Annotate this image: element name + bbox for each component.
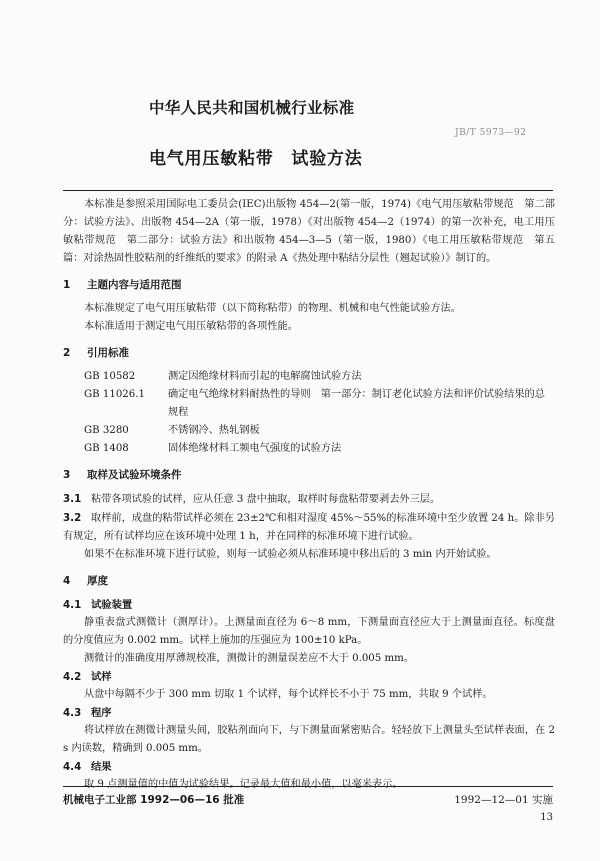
section-2-heading: 2引用标准 <box>63 344 555 362</box>
clause-3-note: 如果不在标准环境下进行试验，则每一试验必须从标准环境中移出后的 3 min 内开… <box>63 546 555 564</box>
page-number: 13 <box>540 812 553 823</box>
standard-number: JB/T 5973—92 <box>455 128 526 138</box>
implementation-date: 1992—12—01 实施 <box>454 792 553 807</box>
clause-4-1-paragraph: 测微计的准确度用厚薄规校准，测微计的测量误差应不大于 0.005 mm。 <box>63 650 555 668</box>
section-1-paragraph: 本标准适用于测定电气用压敏粘带的各项性能。 <box>63 318 555 336</box>
reference-item: GB 11026.1 确定电气绝缘材料耐热性的导则 第一部分：制订老化试验方法和… <box>63 386 555 422</box>
clause-3-1: 3.1粘带各项试验的试样，应从任意 3 盘中抽取，取样时每盘粘带要剥去外三层。 <box>63 490 555 509</box>
reference-code: GB 1408 <box>63 440 168 458</box>
reference-code: GB 10582 <box>63 368 168 386</box>
approval-line: 机械电子工业部 1992—06—16 批准 <box>63 792 244 807</box>
clause-4-4-heading: 4.4结果 <box>63 758 555 776</box>
section-1-heading: 1主题内容与适用范围 <box>63 276 555 294</box>
clause-4-3-heading: 4.3程序 <box>63 704 555 722</box>
section-3-heading: 3取样及试验环境条件 <box>63 466 555 484</box>
reference-title: 确定电气绝缘材料耐热性的导则 第一部分：制订老化试验方法和评价试验结果的总规程 <box>168 386 555 422</box>
issuing-organization: 中华人民共和国机械行业标准 <box>149 96 354 118</box>
referenced-standards-list: GB 10582 测定因绝缘材料而引起的电解腐蚀试验方法 GB 11026.1 … <box>63 368 555 458</box>
clause-4-2-heading: 4.2试样 <box>63 668 555 686</box>
reference-item: GB 10582 测定因绝缘材料而引起的电解腐蚀试验方法 <box>63 368 555 386</box>
clause-4-3-paragraph: 将试样放在测微计测量头间，胶粘剂面向下，与下测量面紧密贴合。轻轻放下上测量头至试… <box>63 722 555 758</box>
document-body: 本标准是参照采用国际电工委员会(IEC)出版物 454—2(第一版，1974)《… <box>63 196 555 794</box>
document-title: 电气用压敏粘带 试验方法 <box>149 144 363 169</box>
reference-title: 测定因绝缘材料而引起的电解腐蚀试验方法 <box>168 368 555 386</box>
clause-4-2-paragraph: 从盘中每隔不少于 300 mm 切取 1 个试样，每个试样长不小于 75 mm，… <box>63 686 555 704</box>
clause-4-1-heading: 4.1试验装置 <box>63 596 555 614</box>
clause-3-2: 3.2取样前，成盘的粘带试样必须在 23±2℃和相对湿度 45%～55%的标准环… <box>63 509 555 546</box>
section-4-heading: 4厚度 <box>63 572 555 590</box>
header-rule <box>63 190 553 191</box>
reference-item: GB 3280 不锈钢冷、热轧钢板 <box>63 422 555 440</box>
reference-title: 固体绝缘材料工频电气强度的试验方法 <box>168 440 555 458</box>
reference-code: GB 3280 <box>63 422 168 440</box>
preface-paragraph: 本标准是参照采用国际电工委员会(IEC)出版物 454—2(第一版，1974)《… <box>63 196 555 268</box>
section-1-paragraph: 本标准规定了电气用压敏粘带（以下简称粘带）的物理、机械和电气性能试验方法。 <box>63 300 555 318</box>
reference-code: GB 11026.1 <box>63 386 168 422</box>
reference-item: GB 1408 固体绝缘材料工频电气强度的试验方法 <box>63 440 555 458</box>
clause-4-1-paragraph: 静重表盘式测微计（测厚计）。上测量面直径为 6～8 mm，下测量面直径应大于上测… <box>63 614 555 650</box>
reference-title: 不锈钢冷、热轧钢板 <box>168 422 555 440</box>
footer-rule <box>63 786 553 787</box>
